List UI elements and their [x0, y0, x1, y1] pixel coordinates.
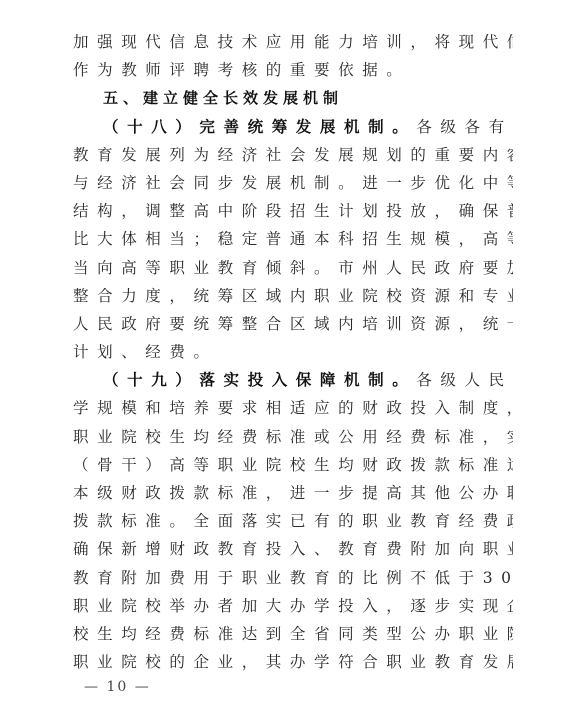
- text-line: 结构，调整高中阶段招生计划投放，确保普职分流比和招生: [73, 197, 513, 225]
- text-line: 作为教师评聘考核的重要依据。: [73, 56, 513, 84]
- article-first-line: （十九）落实投入保障机制。各级人民政府要建立与办: [73, 366, 513, 394]
- text-line: 职业院校的企业，其办学符合职业教育发展规划要求的，可: [73, 648, 513, 676]
- document-body: 加强现代信息技术应用能力培训，将现代信息技术应用能力 作为教师评聘考核的重要依据…: [73, 28, 513, 676]
- text-line: 教育发展列为经济社会发展规划的重要内容，形成人才培养: [73, 141, 513, 169]
- text-line: 加强现代信息技术应用能力培训，将现代信息技术应用能力: [73, 28, 513, 56]
- document-page: 加强现代信息技术应用能力培训，将现代信息技术应用能力 作为教师评聘考核的重要依据…: [0, 0, 585, 719]
- text-line: 计划、经费。: [73, 338, 513, 366]
- article-first-line: （十八）完善统筹发展机制。各级各有关部门要把职业: [73, 113, 513, 141]
- text-line: 与经济社会同步发展机制。进一步优化中等职业学校布局与: [73, 169, 513, 197]
- text-line: 人民政府要统筹整合区域内培训资源，统一安排培训项目、: [73, 310, 513, 338]
- text-line: 教育附加费用于职业教育的比例不低于30%。引导和督促: [73, 564, 513, 592]
- text-line: 职业院校生均经费标准或公用经费标准，实现国家示范性: [73, 423, 513, 451]
- article-text: 各级人民政府要建立与办: [416, 371, 513, 389]
- article-text: 各级各有关部门要把职业: [416, 118, 513, 136]
- text-line: 职业院校举办者加大办学投入，逐步实现企业举办的职业院: [73, 592, 513, 620]
- text-line: 确保新增财政教育投入、教育费附加向职业教育倾斜。地方: [73, 535, 513, 563]
- text-line: 整合力度，统筹区域内职业院校资源和专业布局优化，县级: [73, 282, 513, 310]
- article-title: （十八）完善统筹发展机制。: [103, 117, 416, 136]
- text-line: 拨款标准。全面落实已有的职业教育经费政策性来源渠道，: [73, 507, 513, 535]
- page-number: — 10 —: [84, 679, 151, 695]
- text-line: （骨干）高等职业院校生均财政拨款标准达到普通本科院校: [73, 451, 513, 479]
- text-line: 本级财政拨款标准，进一步提高其他公办职业院校生均财政: [73, 479, 513, 507]
- text-line: 学规模和培养要求相适应的财政投入制度，完善并落实公办: [73, 394, 513, 422]
- article-title: （十九）落实投入保障机制。: [103, 370, 416, 389]
- section-heading: 五、建立健全长效发展机制: [73, 84, 513, 112]
- text-line: 当向高等职业教育倾斜。市州人民政府要加大职业教育资源: [73, 254, 513, 282]
- text-line: 校生均经费标准达到全省同类型公办职业院校标准。对举办: [73, 620, 513, 648]
- text-line: 比大体相当；稳定普通本科招生规模，高等教育招生计划适: [73, 225, 513, 253]
